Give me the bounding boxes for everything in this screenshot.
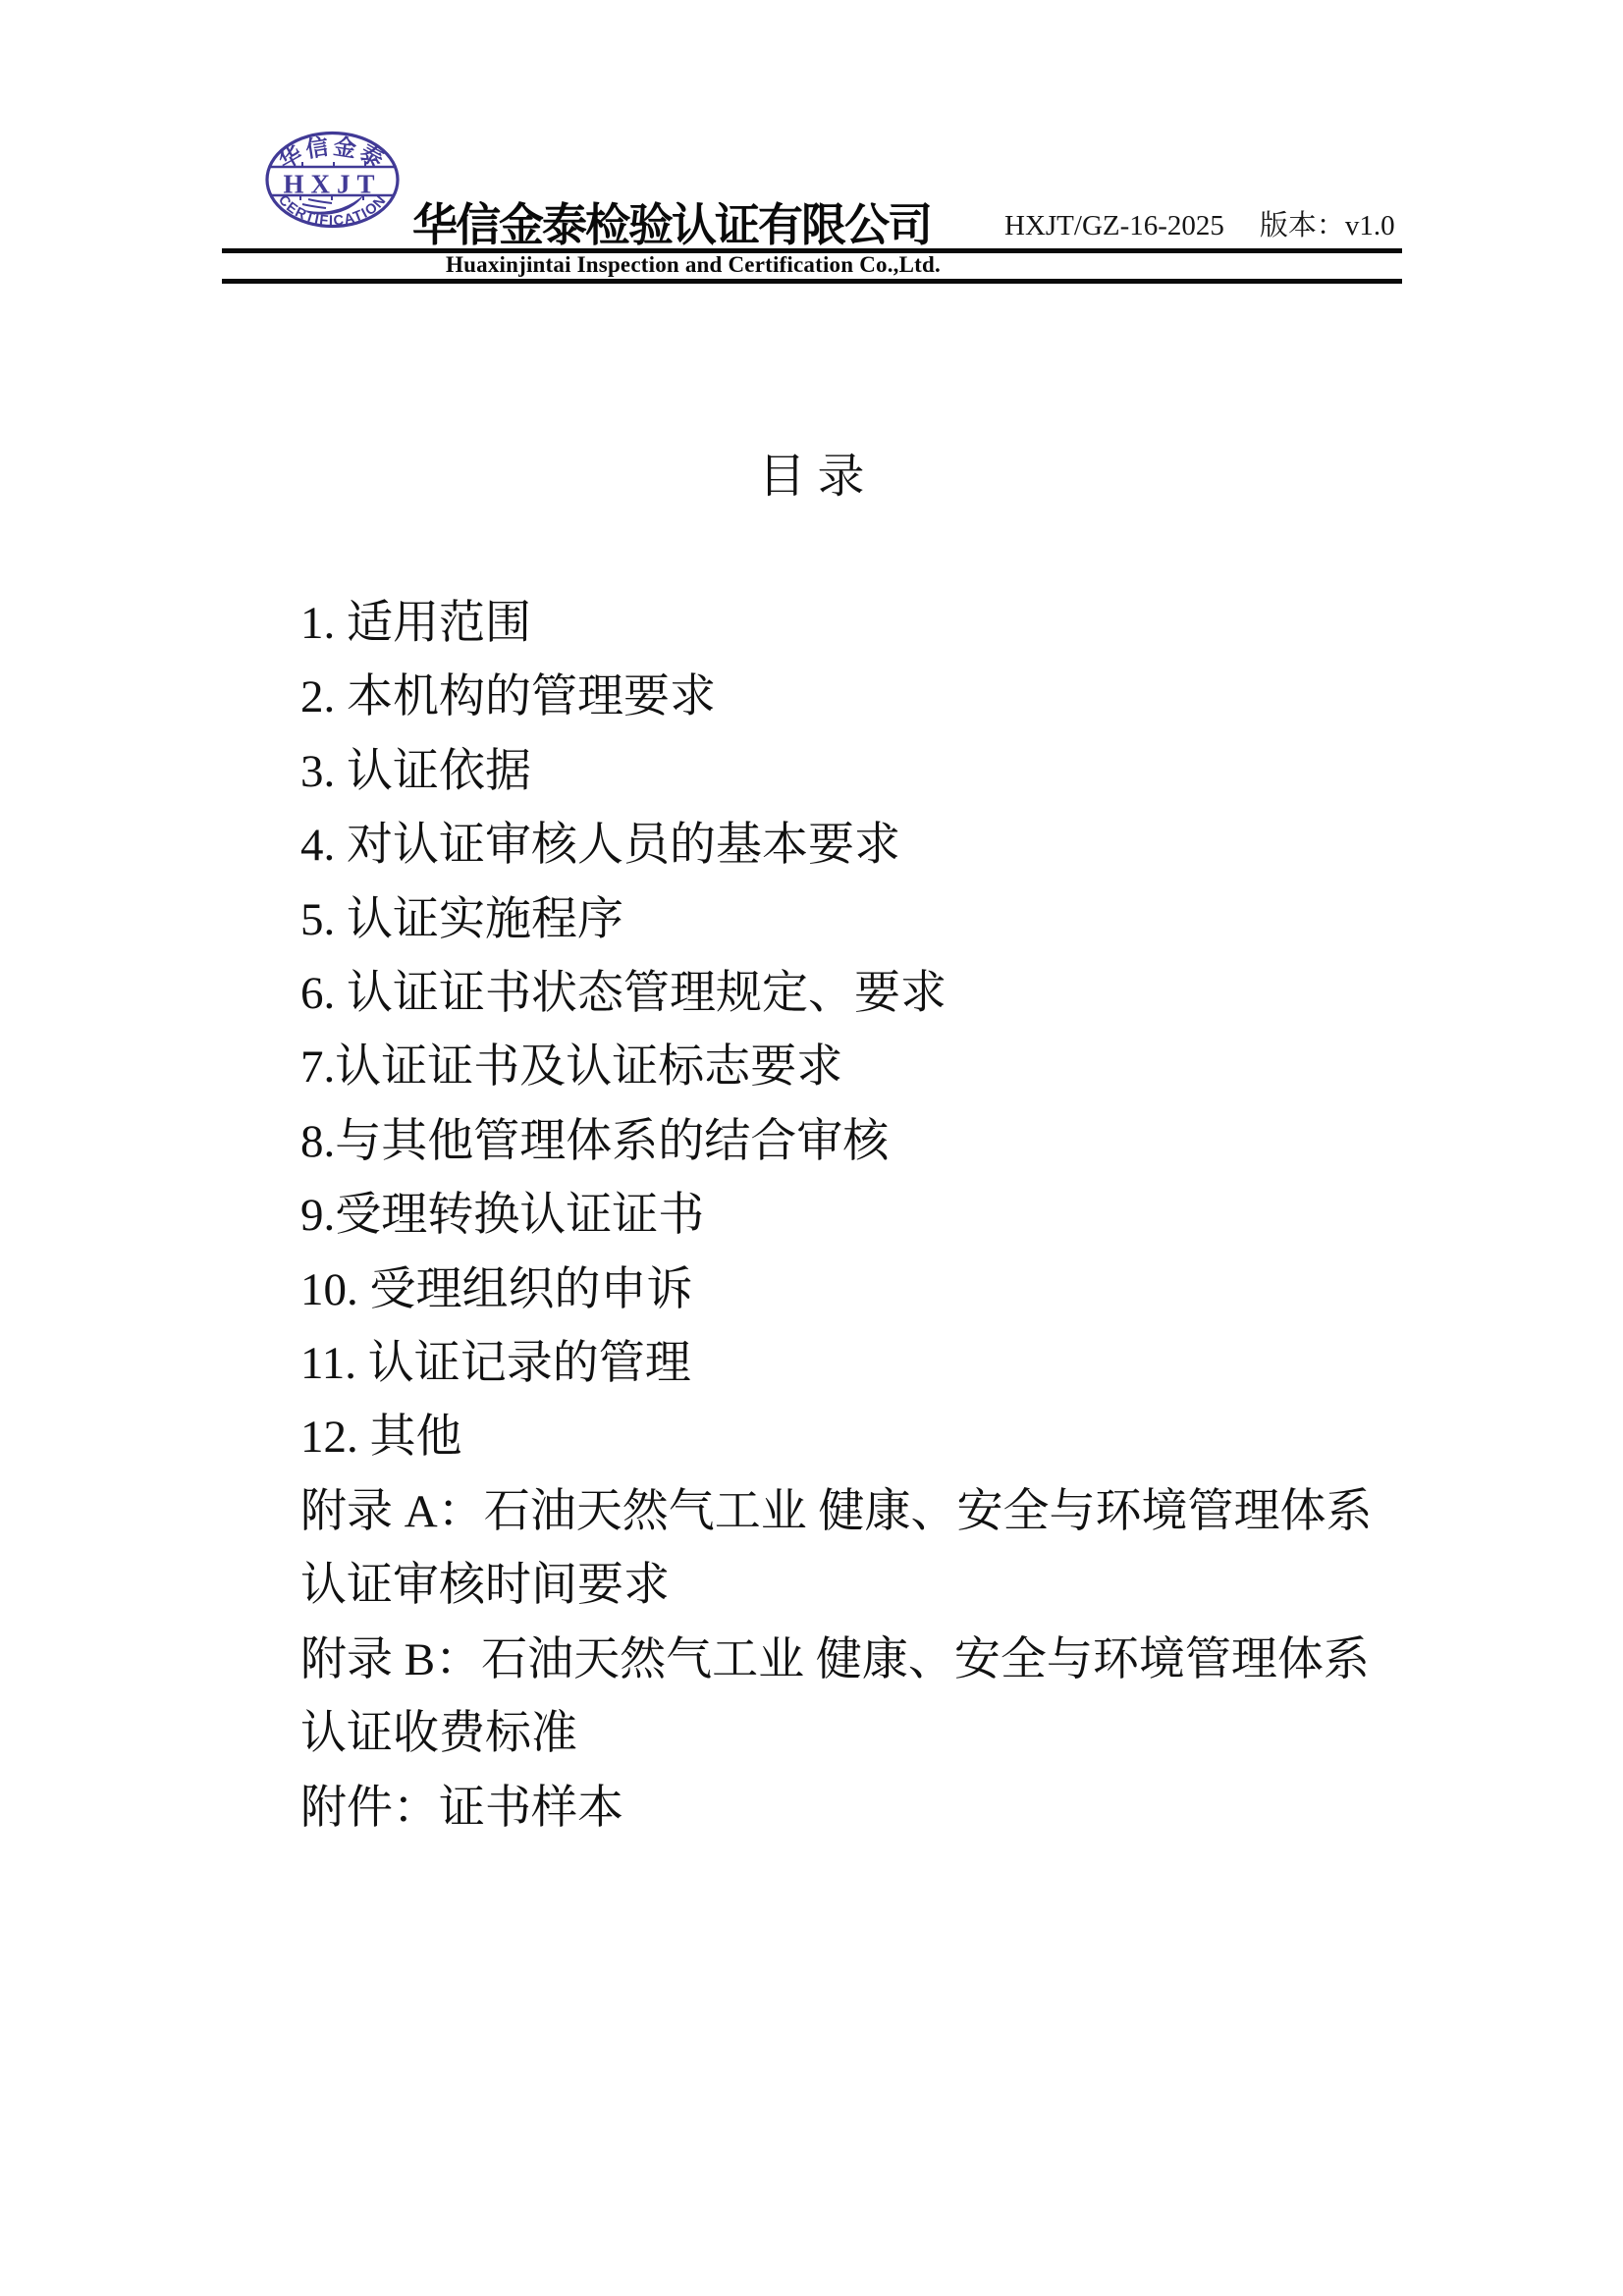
document-code: HXJT/GZ-16-2025版本：v1.0 [1004,210,1395,241]
toc-item: 认证审核时间要求 [300,1549,1420,1623]
toc-item: 附录 A：石油天然气工业 健康、安全与环境管理体系 [300,1475,1420,1549]
logo-acronym: HXJT [283,170,381,199]
company-name-zh: 华信金泰检验认证有限公司 [412,202,931,249]
toc-item: 1. 适用范围 [300,587,1420,661]
toc-item: 7.认证证书及认证标志要求 [300,1031,1420,1104]
toc-item: 附件：证书样本 [300,1772,1420,1845]
toc-item: 认证收费标准 [300,1697,1420,1771]
page-title: 目 录 [0,450,1623,505]
toc-item: 12. 其他 [300,1401,1420,1474]
toc-item: 6. 认证证书状态管理规定、要求 [300,957,1420,1031]
doc-code-number: HXJT/GZ-16-2025 [1004,210,1224,241]
toc-item: 5. 认证实施程序 [300,883,1420,957]
toc-item: 10. 受理组织的申诉 [300,1254,1420,1327]
doc-version: 版本：v1.0 [1260,210,1395,241]
toc-list: 1. 适用范围2. 本机构的管理要求3. 认证依据4. 对认证审核人员的基本要求… [300,587,1420,1845]
company-logo-icon: 华信金泰 HXJT CERTIFICATION [259,126,406,236]
toc-item: 9.受理转换认证证书 [300,1179,1420,1253]
toc-item: 8.与其他管理体系的结合审核 [300,1105,1420,1179]
toc-item: 3. 认证依据 [300,735,1420,809]
toc-item: 2. 本机构的管理要求 [300,661,1420,734]
toc-item: 11. 认证记录的管理 [300,1327,1420,1401]
document-page: 华信金泰 HXJT CERTIFICATION [0,0,1623,2296]
logo-swoosh-feathers [302,199,332,208]
toc-item: 4. 对认证审核人员的基本要求 [300,809,1420,882]
toc-item: 附录 B：石油天然气工业 健康、安全与环境管理体系 [300,1624,1420,1697]
company-name-en: Huaxinjintai Inspection and Certificatio… [0,252,1386,278]
header-rule-bottom [222,279,1402,284]
